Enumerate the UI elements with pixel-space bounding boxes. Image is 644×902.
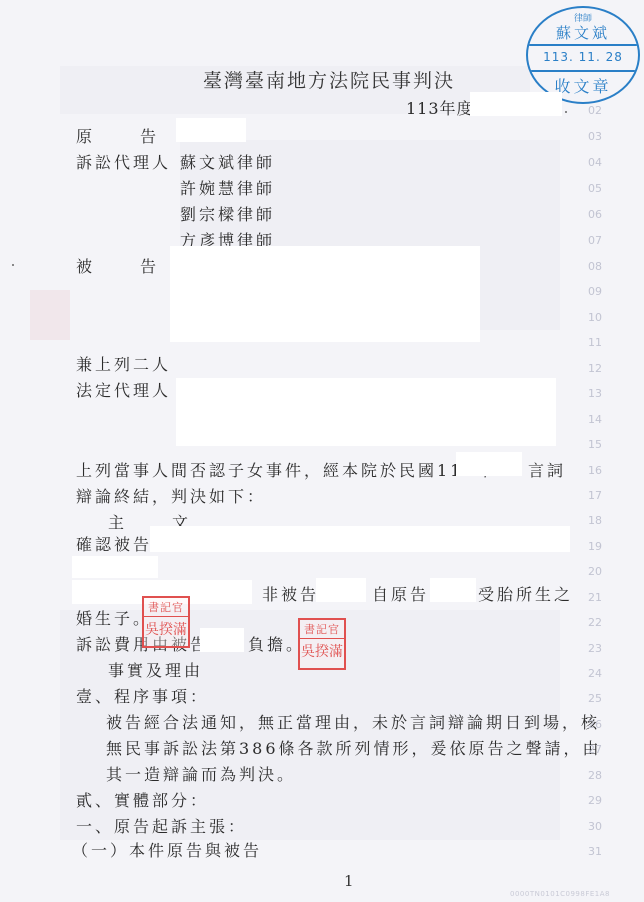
speck [565, 111, 567, 113]
line-number: 12 [580, 362, 610, 375]
section-2-heading: 貳、實體部分： [76, 788, 209, 811]
defendant-label: 被 告 [76, 254, 156, 277]
intro-line-1: 上列當事人間否認子女事件，經本院於民國113年 [76, 458, 496, 481]
confirm-line: 確認被告 [76, 532, 152, 555]
line-number: 16 [580, 464, 610, 477]
line-number: 31 [580, 845, 610, 858]
line-number: 26 [580, 718, 610, 731]
line-number: 19 [580, 540, 610, 553]
stamp-divider [528, 44, 638, 46]
agent-name: 許婉慧律師 [180, 176, 275, 199]
redacted-legal-representative [176, 378, 556, 446]
clerk-stamp: 書記官 吳揆滿 [298, 618, 346, 670]
line-number: 22 [580, 616, 610, 629]
line-22: 婚生子。 [76, 606, 152, 629]
line-number: 27 [580, 743, 610, 756]
intro-line-1-end: 言詞 [528, 458, 566, 481]
redacted-date [456, 452, 522, 476]
plaintiff-label: 原 告 [76, 124, 156, 147]
line-number: 23 [580, 642, 610, 655]
line-number: 15 [580, 438, 610, 451]
line-number: 09 [580, 285, 610, 298]
line-number: 08 [580, 260, 610, 273]
line-number: 10 [580, 311, 610, 324]
redacted-text [72, 556, 158, 578]
agent-label: 訴訟代理人 [76, 150, 171, 173]
redacted-plaintiff [176, 118, 246, 142]
redacted-text [150, 526, 570, 552]
line-21-c: 受胎所生之 [478, 582, 573, 605]
line-number: 04 [580, 156, 610, 169]
stamp-lawyer-name: 蘇文斌 [528, 22, 638, 43]
line-21-b: 自原告 [372, 582, 429, 605]
redacted-case-number [470, 92, 562, 116]
footer-code: 0000TN0101C0998FE1A8 [510, 890, 610, 898]
redacted-text [316, 578, 366, 602]
line-number: 24 [580, 667, 610, 680]
stamp-divider [528, 70, 638, 72]
paragraph-line: 被告經合法通知，無正當理由，未於言詞辯論期日到場，核 [106, 710, 600, 733]
facts-heading: 事實及理由 [108, 658, 203, 681]
clerk-stamp-title: 書記官 [144, 599, 188, 617]
line-number: 02 [580, 104, 610, 117]
redacted-text [200, 628, 244, 652]
line-number: 14 [580, 413, 610, 426]
received-stamp: 律師 蘇文斌 113. 11. 28 收文章 [526, 6, 640, 104]
agent-name: 劉宗樑律師 [180, 202, 275, 225]
subsection-1-1: （一）本件原告與被告 [72, 838, 262, 861]
clerk-stamp-name: 吳揆滿 [300, 641, 344, 661]
line-number: 11 [580, 336, 610, 349]
redacted-defendants [170, 246, 480, 342]
line-number: 25 [580, 692, 610, 705]
joint-label-2: 法定代理人 [76, 378, 171, 401]
line-number: 03 [580, 130, 610, 143]
line-number: 29 [580, 794, 610, 807]
speck [12, 264, 14, 266]
line-number: 05 [580, 182, 610, 195]
section-1-heading: 壹、程序事項： [76, 684, 209, 707]
document-page: 律師 蘇文斌 113. 11. 28 收文章 臺灣臺南地方法院民事判決 113年… [0, 0, 644, 902]
line-number: 18 [580, 514, 610, 527]
court-title: 臺灣臺南地方法院民事判決 [203, 66, 455, 93]
subsection-1: 一、原告起訴主張： [76, 814, 247, 837]
line-number: 06 [580, 208, 610, 221]
paragraph-line: 無民事訴訟法第386條各款所列情形，爰依原告之聲請，由 [106, 736, 602, 759]
line-number: 17 [580, 489, 610, 502]
clerk-stamp-name: 吳揆滿 [144, 619, 188, 639]
joint-label-1: 兼上列二人 [76, 352, 171, 375]
case-year: 113年度 [406, 96, 474, 119]
line-number: 07 [580, 234, 610, 247]
clerk-stamp: 書記官 吳揆滿 [142, 596, 190, 648]
costs-line-b: 負擔。 [248, 632, 305, 655]
line-number: 20 [580, 565, 610, 578]
line-number: 28 [580, 769, 610, 782]
clerk-stamp-title: 書記官 [300, 621, 344, 639]
redacted-text [430, 578, 476, 602]
page-number: 1 [344, 872, 354, 890]
stamp-date: 113. 11. 28 [528, 50, 638, 64]
paragraph-line: 其一造辯論而為判決。 [106, 762, 296, 785]
line-number: 13 [580, 387, 610, 400]
bleed-through [30, 290, 70, 340]
line-number: 30 [580, 820, 610, 833]
line-number: 21 [580, 591, 610, 604]
agent-name: 蘇文斌律師 [180, 150, 275, 173]
intro-line-2: 辯論終結，判決如下： [76, 484, 266, 507]
line-21-a: 非被告 [262, 582, 319, 605]
